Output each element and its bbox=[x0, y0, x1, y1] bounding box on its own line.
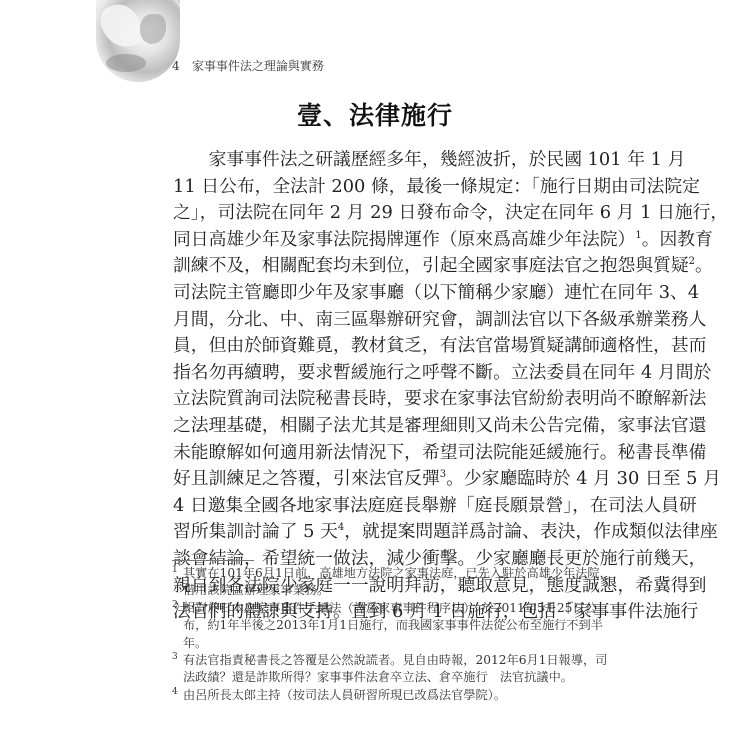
body-paragraph: 家事事件法之研議歷經多年，幾經波折，於民國 101 年 1 月 11 日公布，全… bbox=[173, 147, 565, 626]
footnote-number: 3 bbox=[172, 649, 178, 666]
text-line: 訓練不及，相關配套均未到位，引起全國家事庭法官之抱怨與質疑2。 bbox=[173, 253, 565, 280]
section-heading: 壹、法律施行 bbox=[0, 96, 750, 132]
text-line: 同日高雄少年及家事法院揭牌運作（原來爲高雄少年法院）1。因教育 bbox=[173, 227, 565, 254]
footnote-2: 2 相對於日本之家事事件手續法（譯爲家事事件程序法），於2011年5月25日公 … bbox=[172, 600, 564, 652]
footnote-line: 其實在101年6月1日前，高雄地方法院之家事法庭，已先入駐於高雄少年法院， bbox=[183, 565, 564, 582]
footnote-line: 法政績？還是詐欺所得？家事事件法倉卒立法、倉卒施行 法官抗議中。 bbox=[183, 669, 564, 686]
text-line: 之」，司法院在同年 2 月 29 日發布命令，決定在同年 6 月 1 日施行， bbox=[173, 200, 565, 227]
footnote-number: 4 bbox=[172, 684, 178, 701]
text-line: 家事事件法之研議歷經多年，幾經波折，於民國 101 年 1 月 bbox=[173, 147, 565, 174]
text-line: 月間，分北、中、南三區舉辦研究會，調訓法官以下各級承辦業務人 bbox=[173, 307, 565, 334]
footnote-number: 2 bbox=[172, 597, 178, 614]
footnotes: 1 其實在101年6月1日前，高雄地方法院之家事法庭，已先入駐於高雄少年法院， … bbox=[172, 565, 564, 704]
globe-icon bbox=[96, 0, 180, 82]
footnote-3: 3 有法官指責秘書長之答覆是公然說謊者。見自由時報，2012年6月1日報導，司 … bbox=[172, 652, 564, 687]
footnote-line: 借用該院區辦理家事業務。 bbox=[183, 582, 564, 599]
book-title: 家事事件法之理論與實務 bbox=[192, 59, 324, 73]
footnote-4: 4 由呂所長太郎主持（按司法人員研習所現已改爲法官學院）。 bbox=[172, 687, 564, 704]
footnote-line: 有法官指責秘書長之答覆是公然說謊者。見自由時報，2012年6月1日報導，司 bbox=[183, 652, 564, 669]
footnote-number: 1 bbox=[172, 562, 178, 579]
text-line: 司法院主管廳即少年及家事廳（以下簡稱少家廳）連忙在同年 3、4 bbox=[173, 280, 565, 307]
text-line: 未能瞭解如何適用新法情況下，希望司法院能延緩施行。秘書長準備 bbox=[173, 440, 565, 467]
running-header: 4 家事事件法之理論與實務 bbox=[172, 57, 324, 74]
text-line: 好且訓練足之答覆，引來法官反彈3。少家廳臨時於 4 月 30 日至 5 月 bbox=[173, 466, 565, 493]
text-line: 11 日公布，全法計 200 條，最後一條規定：「施行日期由司法院定 bbox=[173, 174, 565, 201]
footnote-divider bbox=[172, 560, 254, 561]
footnote-line: 由呂所長太郎主持（按司法人員研習所現已改爲法官學院）。 bbox=[183, 687, 564, 704]
footnote-line: 年。 bbox=[183, 635, 564, 652]
text-line: 之法理基礎，相關子法尤其是審理細則又尚未公告完備，家事法官還 bbox=[173, 413, 565, 440]
footnote-line: 布，約1年半後之2013年1月1日施行，而我國家事事件法從公布至施行不到半 bbox=[183, 617, 564, 634]
footnote-line: 相對於日本之家事事件手續法（譯爲家事事件程序法），於2011年5月25日公 bbox=[183, 600, 564, 617]
page-number: 4 bbox=[172, 59, 188, 73]
text-line: 指名勿再續聘，要求暫緩施行之呼聲不斷。立法委員在同年 4 月間於 bbox=[173, 360, 565, 387]
text-line: 員，但由於師資難覓，教材貧乏，有法官當場質疑講師適格性，甚而 bbox=[173, 333, 565, 360]
text-line: 習所集訓討論了 5 天4，就提案問題詳爲討論、表決，作成類似法律座 bbox=[173, 519, 565, 546]
text-line: 立法院質詢司法院秘書長時，要求在家事法官紛紛表明尚不瞭解新法 bbox=[173, 386, 565, 413]
text-line: 4 日邀集全國各地家事法庭庭長舉辦「庭長願景營」，在司法人員研 bbox=[173, 493, 565, 520]
footnote-1: 1 其實在101年6月1日前，高雄地方法院之家事法庭，已先入駐於高雄少年法院， … bbox=[172, 565, 564, 600]
globe-arc bbox=[96, 0, 180, 82]
